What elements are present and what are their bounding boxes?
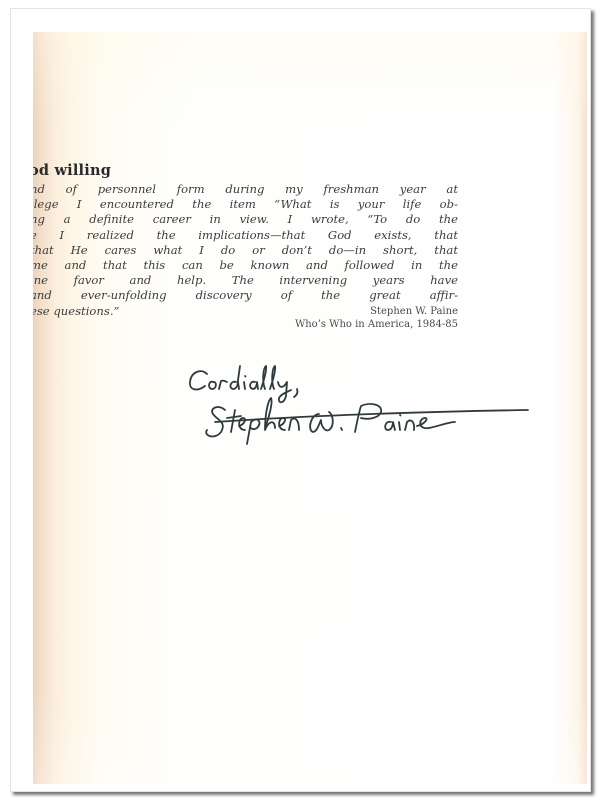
quote-line: ng a definite career in view. I wrote, “…: [33, 212, 458, 227]
quote-line: ine favor and help. The intervening year…: [33, 273, 458, 288]
quote-line: llege I encountered the item “What is yo…: [33, 197, 458, 212]
quote-line: that He cares what I do or don’t do—in s…: [33, 243, 458, 258]
quote-line: nd of personnel form during my freshman …: [33, 182, 458, 197]
quote-line: and ever-unfolding discovery of the grea…: [33, 288, 458, 303]
section-heading: od willing: [33, 162, 111, 179]
book-page: od willing nd of personnel form during m…: [33, 32, 587, 784]
signature-handwriting: [206, 398, 528, 444]
quote-line: me and that this can be known and follow…: [33, 258, 458, 273]
closing-handwriting: [190, 366, 297, 402]
quote-paragraph: nd of personnel form during my freshman …: [33, 182, 458, 319]
quote-line: e I realized the implications—that God e…: [33, 228, 458, 243]
attribution: Stephen W. Paine Who’s Who in America, 1…: [183, 306, 458, 331]
photo-frame: od willing nd of personnel form during m…: [10, 8, 591, 792]
attribution-source: Who’s Who in America, 1984-85: [183, 319, 458, 332]
attribution-name: Stephen W. Paine: [183, 306, 458, 319]
handwritten-inscription: Cordially, Stephen W. Paine: [183, 352, 543, 452]
signature-icon: [183, 352, 543, 452]
